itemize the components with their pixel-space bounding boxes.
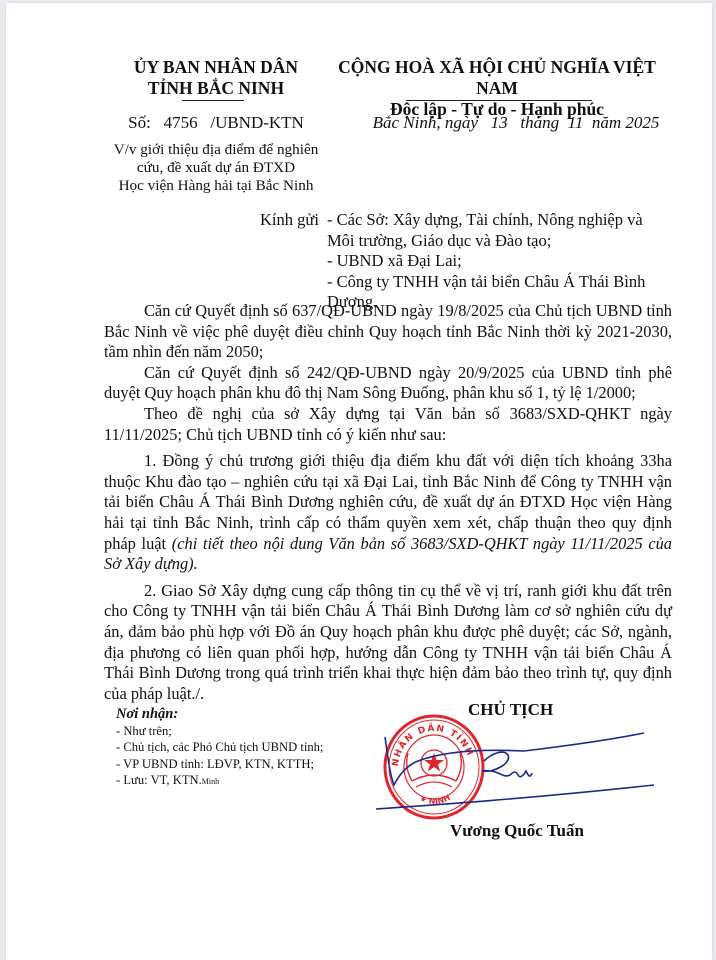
paragraph-reference: (chi tiết theo nội dung Văn bản số 3683/… [104,534,672,574]
date-year: 2025 [625,113,659,132]
number-suffix: /UBND-KTN [210,113,304,132]
distribution-item: - VP UBND tỉnh: LĐVP, KTN, KTTH; [116,756,356,773]
agency-underline [182,100,244,101]
document-number: Số: 4756 /UBND-KTN [106,113,326,133]
agency-line-1: ỦY BAN NHÂN DÂN [102,57,330,78]
distribution-item: - Như trên; [116,723,356,740]
handwritten-signature-icon [374,713,654,833]
date-month-label: tháng [520,113,559,132]
document-body: Căn cứ Quyết định số 637/QĐ-UBND ngày 19… [104,301,672,704]
distribution-list: Nơi nhận: - Như trên; - Chủ tịch, các Ph… [116,706,356,791]
distribution-item-text: - Lưu: VT, KTN. [116,773,202,787]
motto-underline [406,100,592,101]
nation-line-1: CỘNG HOÀ XÃ HỘI CHỦ NGHĨA VIỆT NAM [332,57,662,99]
paragraph: Căn cứ Quyết định số 637/QĐ-UBND ngày 19… [104,301,672,363]
document-date: Bắc Ninh, ngày 13 tháng 11 năm 2025 [356,113,676,133]
agency-line-2: TỈNH BẮC NINH [102,78,330,99]
drafter-initial: Minh [202,777,219,786]
recipient-item: - Các Sở: Xây dựng, Tài chính, Nông nghi… [327,210,687,231]
subject-line: V/v giới thiệu địa điểm để nghiên [102,141,330,159]
subject-line: Học viện Hàng hải tại Bắc Ninh [102,177,330,195]
paragraph: Căn cứ Quyết định số 242/QĐ-UBND ngày 20… [104,363,672,404]
distribution-item: - Lưu: VT, KTN.Minh [116,772,356,791]
date-day: 13 [491,113,508,132]
number-value: 4756 [164,113,198,132]
issuing-agency: ỦY BAN NHÂN DÂN TỈNH BẮC NINH [102,57,330,99]
document-page: ỦY BAN NHÂN DÂN TỈNH BẮC NINH CỘNG HOÀ X… [6,3,712,960]
date-month: 11 [568,113,584,132]
paragraph-item-2: 2. Giao Sở Xây dựng cung cấp thông tin c… [104,581,672,705]
subject: V/v giới thiệu địa điểm để nghiên cứu, đ… [102,141,330,195]
paragraph-item-1: 1. Đồng ý chủ trương giới thiệu địa điểm… [104,451,672,575]
national-motto: CỘNG HOÀ XÃ HỘI CHỦ NGHĨA VIỆT NAM Độc l… [332,57,662,120]
recipient-item: Môi trường, Giáo dục và Đào tạo; [327,231,687,252]
recipients-list: - Các Sở: Xây dựng, Tài chính, Nông nghi… [327,210,687,313]
recipients-label: Kính gửi [260,210,319,230]
date-year-label: năm [592,113,621,132]
date-place: Bắc Ninh, ngày [373,113,478,132]
signer-name: Vương Quốc Tuấn [450,821,584,841]
subject-line: cứu, đề xuất dự án ĐTXD [102,159,330,177]
paragraph: Theo đề nghị của sở Xây dựng tại Văn bản… [104,404,672,445]
distribution-item: - Chủ tịch, các Phó Chủ tịch UBND tỉnh; [116,739,356,756]
recipient-item: - UBND xã Đại Lai; [327,251,687,272]
distribution-title: Nơi nhận: [116,706,356,723]
number-label: Số: [128,113,151,132]
